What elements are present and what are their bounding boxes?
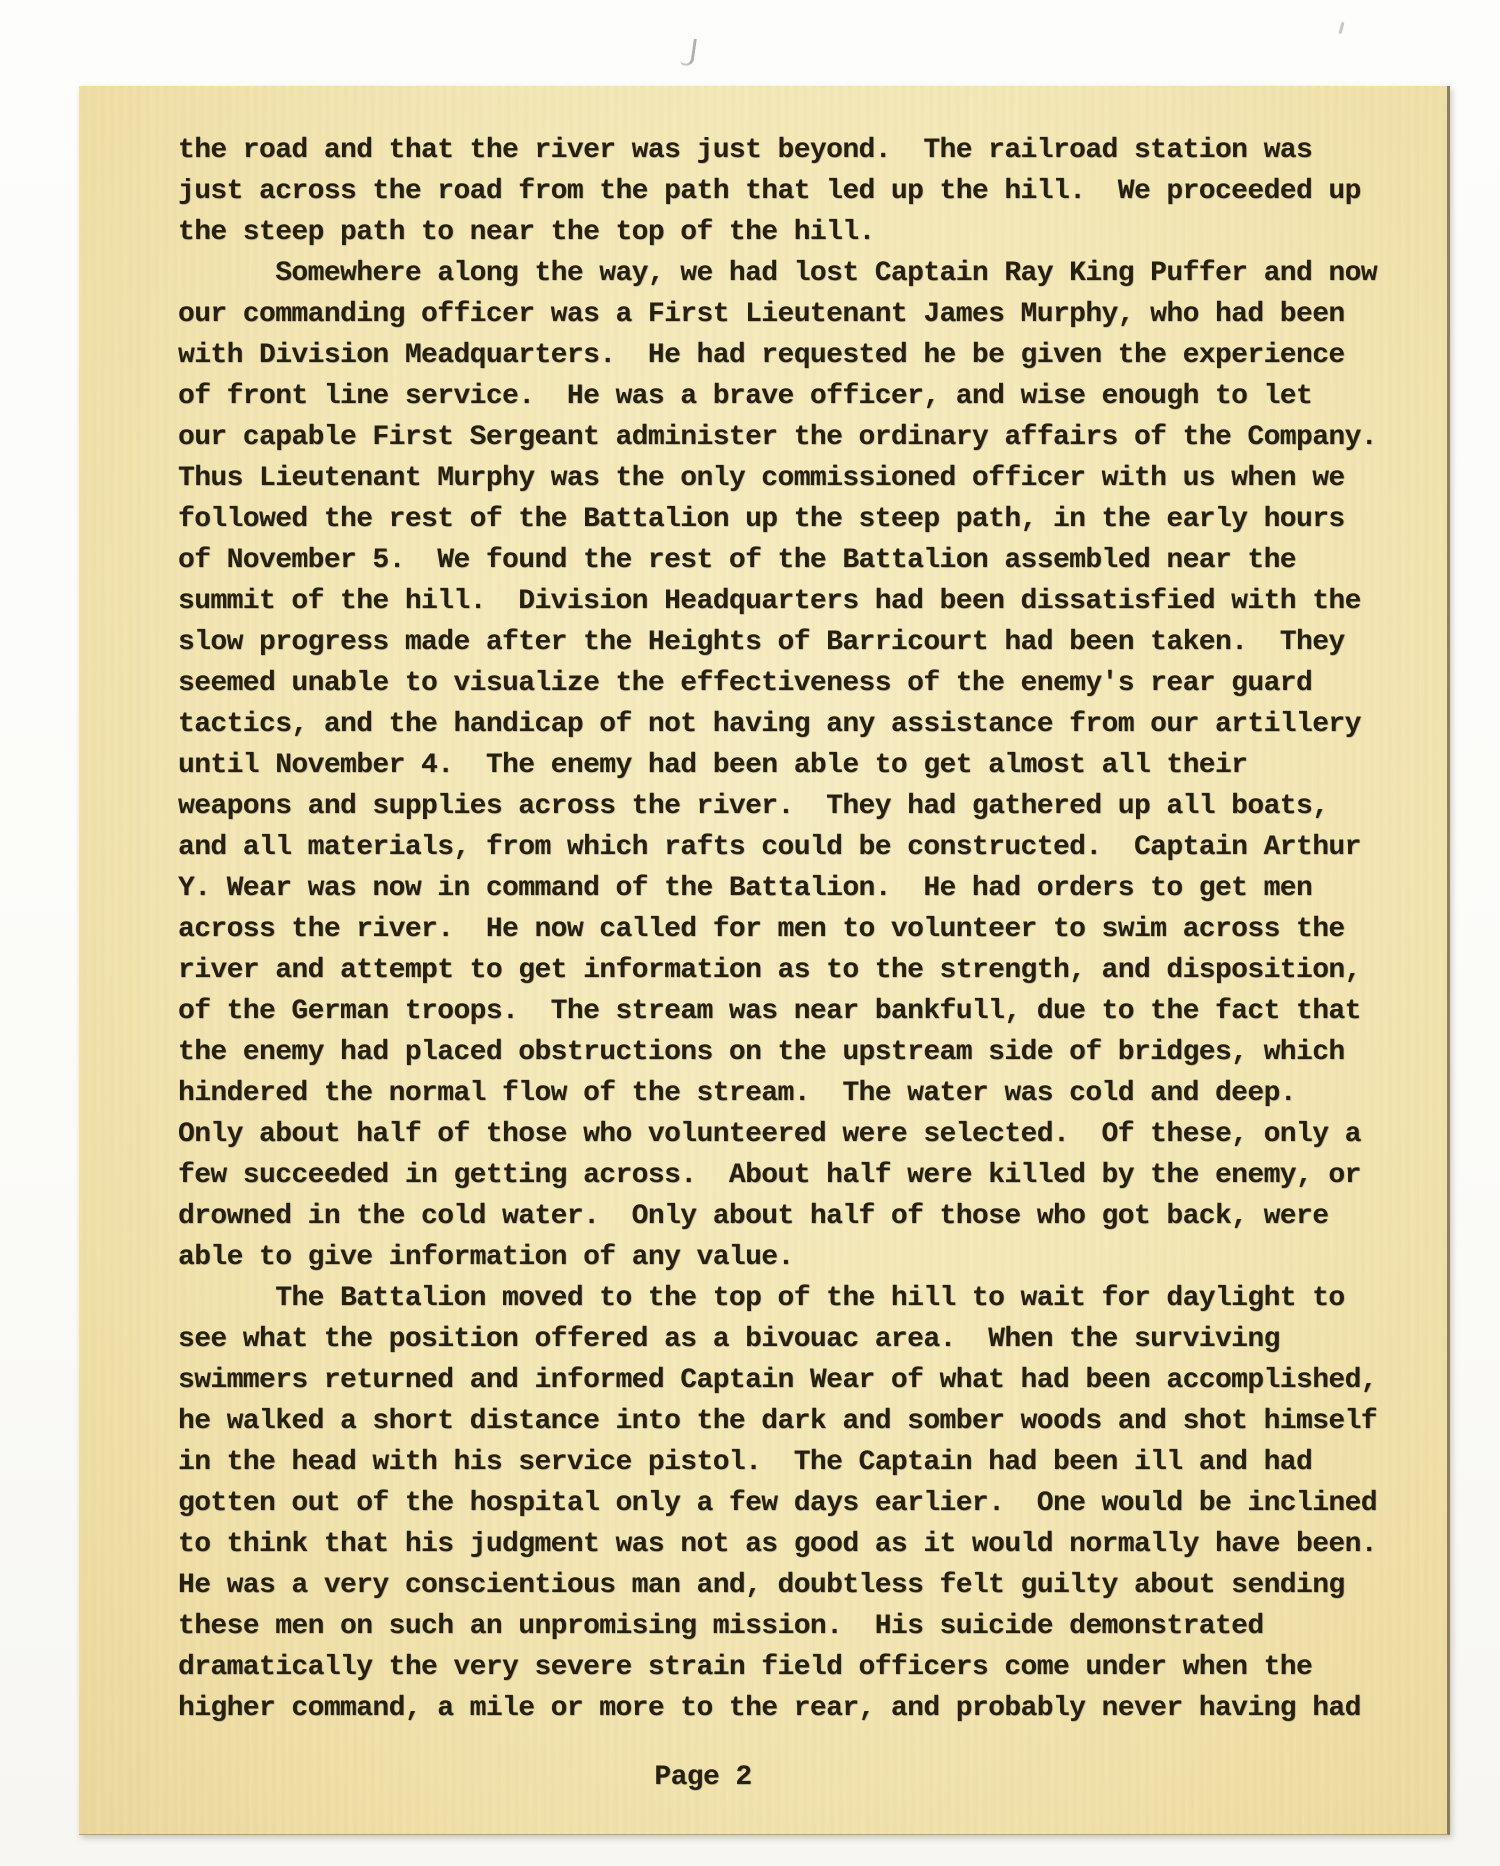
text-line: gotten out of the hospital only a few da… [178, 1483, 1407, 1524]
text-line: these men on such an unpromising mission… [178, 1606, 1407, 1647]
text-line: of the German troops. The stream was nea… [178, 991, 1407, 1032]
text-line: dramatically the very severe strain fiel… [178, 1647, 1407, 1688]
text-line: The Battalion moved to the top of the hi… [178, 1278, 1407, 1319]
scan-speck [1338, 22, 1344, 34]
text-line: the enemy had placed obstructions on the… [178, 1032, 1407, 1073]
typewritten-text-block: the road and that the river was just bey… [178, 130, 1407, 1729]
text-line: the steep path to near the top of the hi… [178, 212, 1407, 253]
text-line: our capable First Sergeant administer th… [178, 417, 1407, 458]
text-line: higher command, a mile or more to the re… [178, 1688, 1407, 1729]
text-line: tactics, and the handicap of not having … [178, 704, 1407, 745]
text-line: until November 4. The enemy had been abl… [178, 745, 1407, 786]
text-line: our commanding officer was a First Lieut… [178, 294, 1407, 335]
text-line: he walked a short distance into the dark… [178, 1401, 1407, 1442]
text-line: slow progress made after the Heights of … [178, 622, 1407, 663]
text-line: in the head with his service pistol. The… [178, 1442, 1407, 1483]
text-line: Thus Lieutenant Murphy was the only comm… [178, 458, 1407, 499]
page-number: Page 2 [79, 1762, 1327, 1793]
text-line: able to give information of any value. [178, 1237, 1407, 1278]
text-line: Only about half of those who volunteered… [178, 1114, 1407, 1155]
text-line: to think that his judgment was not as go… [178, 1524, 1407, 1565]
text-line: Y. Wear was now in command of the Battal… [178, 868, 1407, 909]
scan-background: the road and that the river was just bey… [0, 0, 1500, 1866]
text-line: followed the rest of the Battalion up th… [178, 499, 1407, 540]
text-line: of front line service. He was a brave of… [178, 376, 1407, 417]
text-line: the road and that the river was just bey… [178, 130, 1407, 171]
text-line: weapons and supplies across the river. T… [178, 786, 1407, 827]
text-line: seemed unable to visualize the effective… [178, 663, 1407, 704]
text-line: see what the position offered as a bivou… [178, 1319, 1407, 1360]
text-line: of November 5. We found the rest of the … [178, 540, 1407, 581]
document-page: the road and that the river was just bey… [79, 86, 1450, 1835]
text-line: river and attempt to get information as … [178, 950, 1407, 991]
text-line: hindered the normal flow of the stream. … [178, 1073, 1407, 1114]
text-line: summit of the hill. Division Headquarter… [178, 581, 1407, 622]
text-line: few succeeded in getting across. About h… [178, 1155, 1407, 1196]
scan-speck [680, 37, 697, 67]
text-line: swimmers returned and informed Captain W… [178, 1360, 1407, 1401]
text-line: He was a very conscientious man and, dou… [178, 1565, 1407, 1606]
text-line: Somewhere along the way, we had lost Cap… [178, 253, 1407, 294]
text-line: and all materials, from which rafts coul… [178, 827, 1407, 868]
text-line: across the river. He now called for men … [178, 909, 1407, 950]
text-line: with Division Meadquarters. He had reque… [178, 335, 1407, 376]
text-line: just across the road from the path that … [178, 171, 1407, 212]
text-line: drowned in the cold water. Only about ha… [178, 1196, 1407, 1237]
